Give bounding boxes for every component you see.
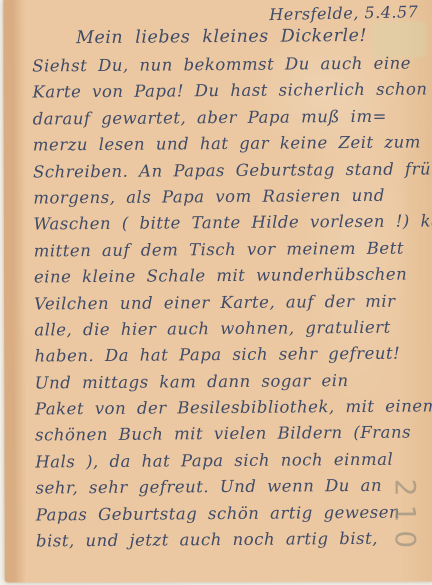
- text-line: Schreiben. An Papas Geburtstag stand frü…: [33, 156, 426, 185]
- text-line: alle, die hier auch wohnen, gratuliert: [34, 314, 427, 343]
- body-text: Siehst Du, nun bekommst Du auch eineKart…: [32, 50, 429, 554]
- salutation-line: Mein liebes kleines Dickerle!: [32, 21, 425, 52]
- letter-text-block: Mein liebes kleines Dickerle! Siehst Du,…: [32, 21, 429, 554]
- text-line: eine kleine Schale mit wunderhübschen: [34, 262, 427, 291]
- text-line: morgens, als Papa vom Rasieren und: [33, 182, 426, 211]
- text-line: merzu lesen und hat gar keine Zeit zum: [33, 130, 426, 159]
- text-line: haben. Da hat Papa sich sehr gefreut!: [34, 341, 427, 370]
- text-line: Karte von Papa! Du hast sicherlich schon: [32, 77, 425, 106]
- text-line: Hals ), da hat Papa sich noch einmal: [35, 446, 428, 475]
- text-line: sehr, sehr gefreut. Und wenn Du an: [35, 473, 428, 502]
- text-line: Siehst Du, nun bekommst Du auch eine: [32, 50, 425, 79]
- pencil-mark: 210: [389, 475, 419, 559]
- text-line: Papas Geburtstag schön artig gewesen: [36, 499, 429, 528]
- text-line: schönen Buch mit vielen Bildern (Frans: [35, 420, 428, 449]
- text-line: Waschen ( bitte Tante Hilde vorlesen !) …: [33, 209, 426, 238]
- text-line: Veilchen und einer Karte, auf der mir: [34, 288, 427, 317]
- text-line: Und mittags kam dann sogar ein: [35, 367, 428, 396]
- text-line: mitten auf dem Tisch vor meinem Bett: [34, 235, 427, 264]
- text-line: bist, und jetzt auch noch artig bist,: [36, 525, 429, 554]
- letter-card: Hersfelde, 5.4.57 Mein liebes kleines Di…: [3, 0, 432, 583]
- text-line: Paket von der Besilesbibliothek, mit ein…: [35, 394, 428, 423]
- text-line: darauf gewartet, aber Papa muß im=: [33, 103, 426, 132]
